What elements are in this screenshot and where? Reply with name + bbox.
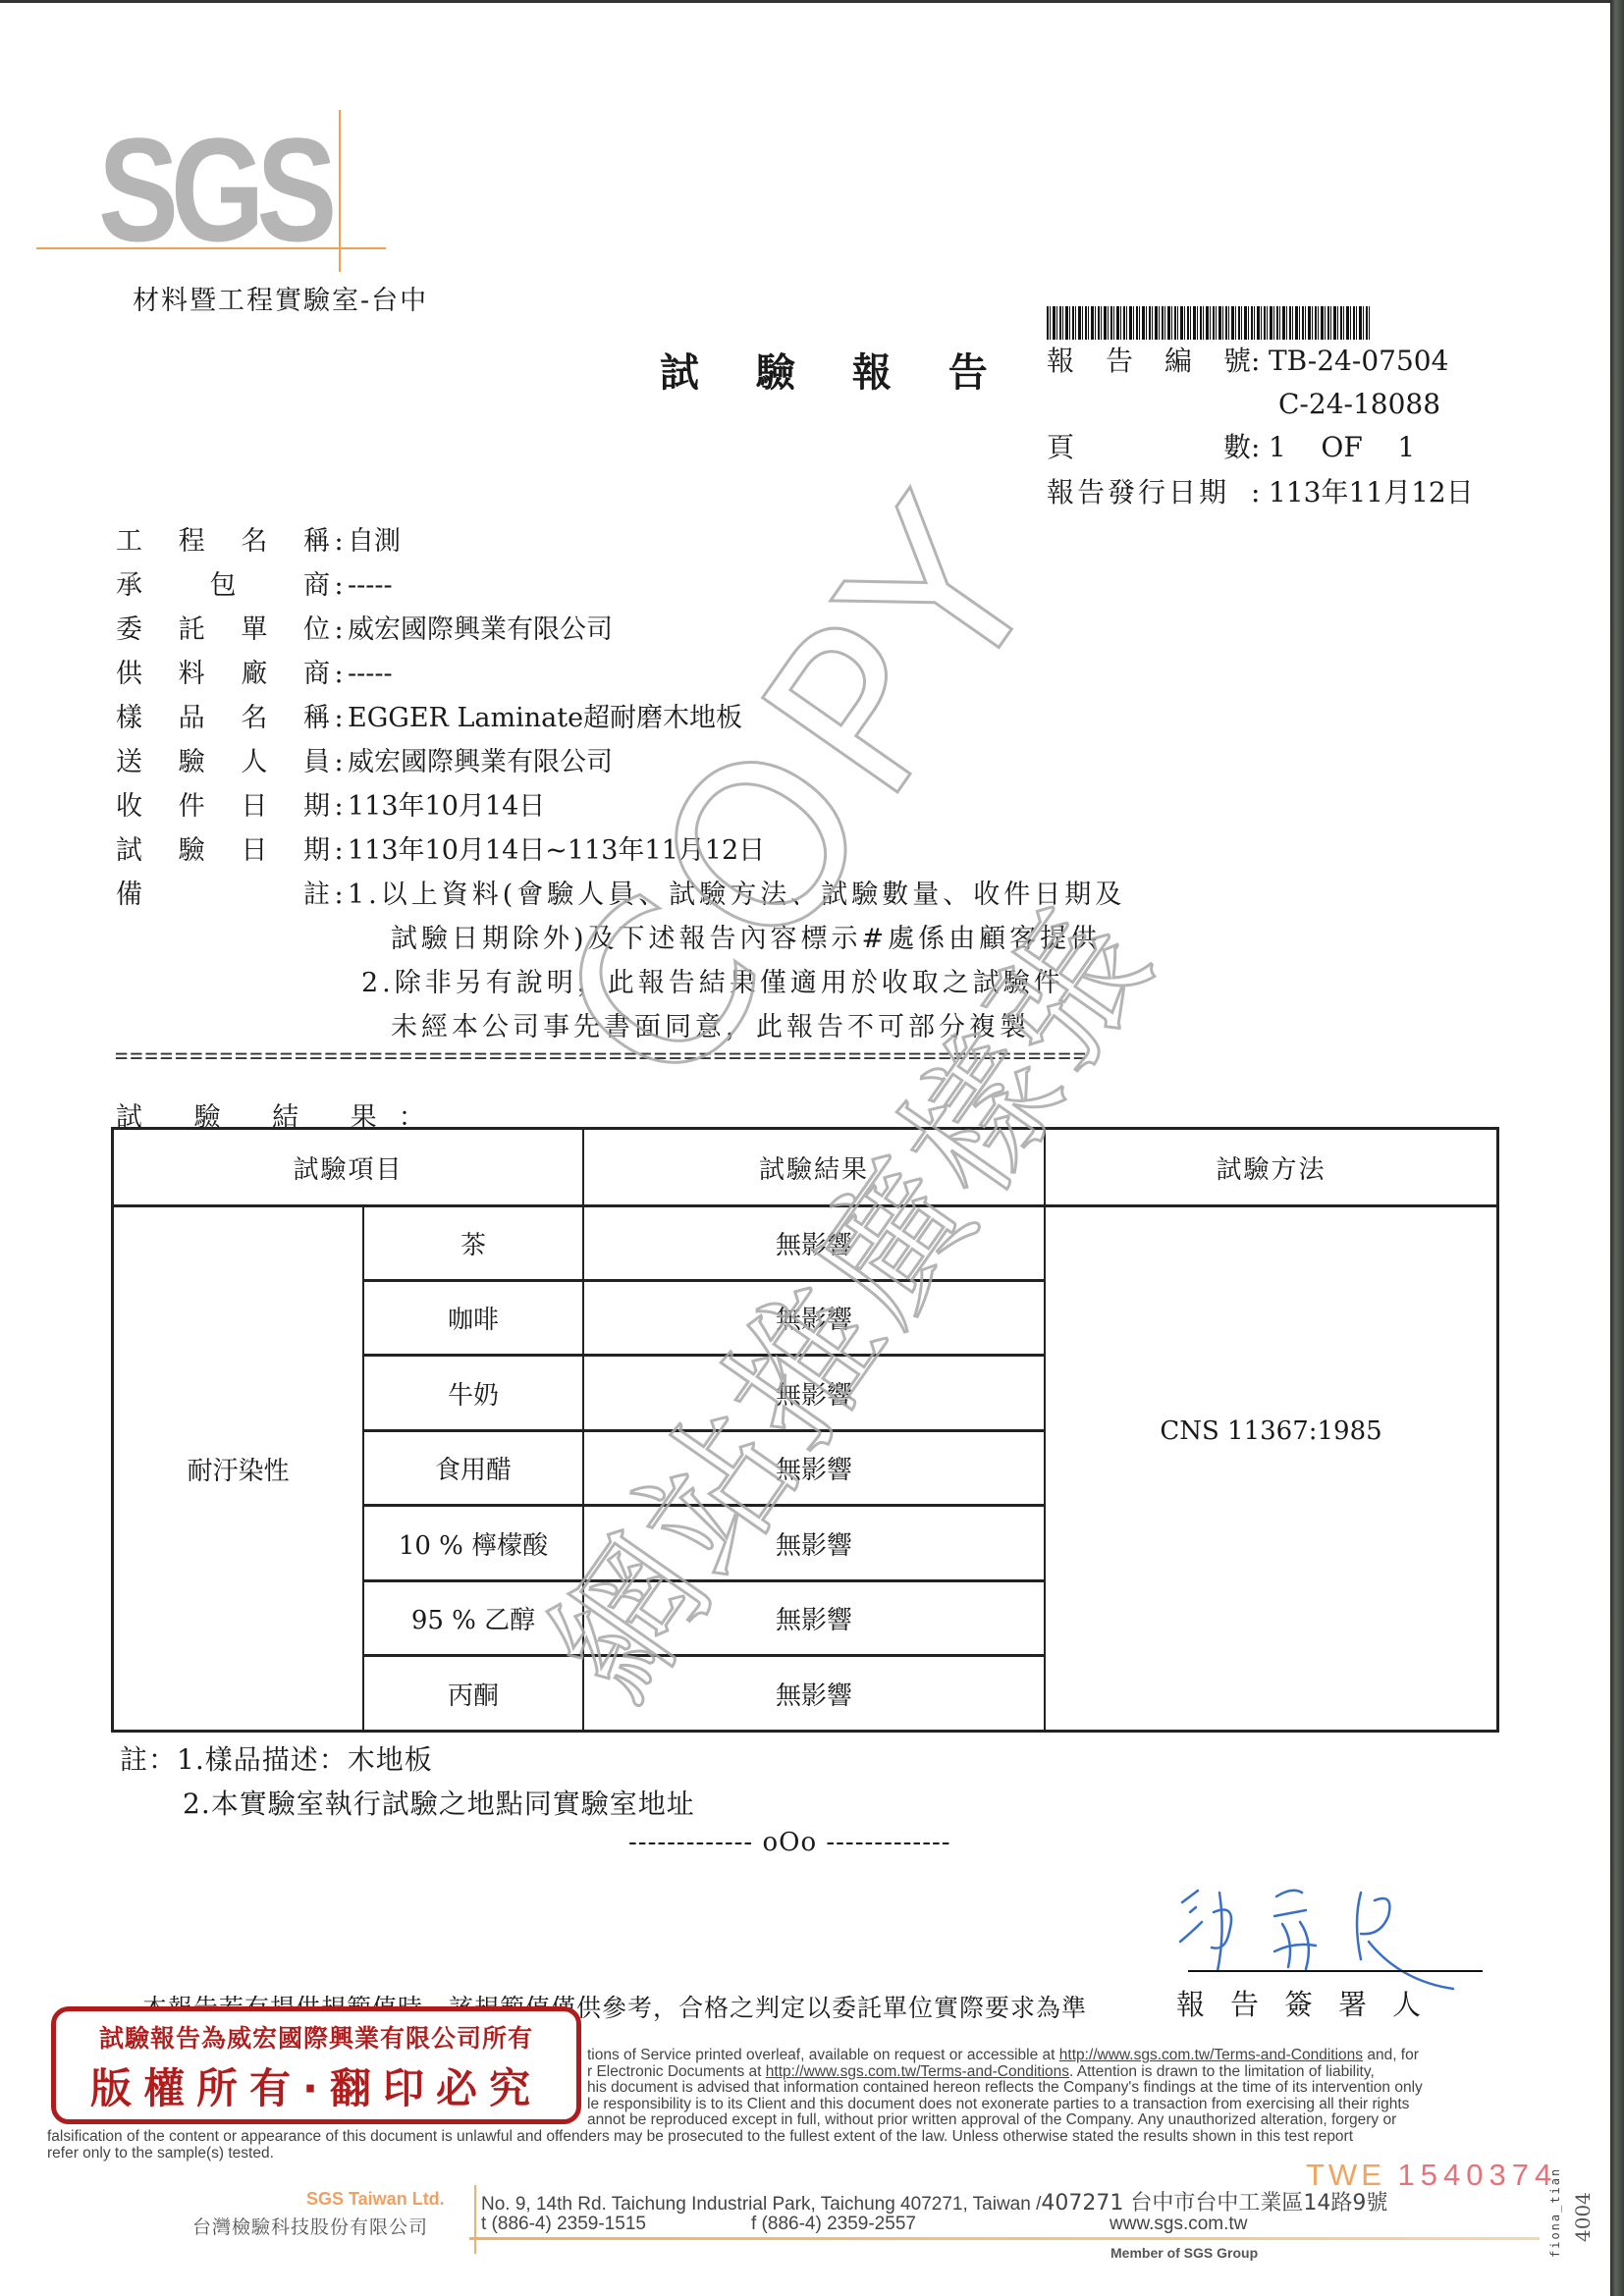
table-row-result: 無影響: [584, 1582, 1044, 1654]
stamp-ownership-text: 試驗報告為威宏國際興業有限公司所有: [56, 2019, 576, 2055]
company-phone: t (886-4) 2359-1515: [481, 2214, 646, 2235]
table-row-item: 丙酮: [364, 1657, 582, 1730]
document-title: 試 驗 報 告: [660, 342, 1009, 398]
info-row-sample-name: 樣品名稱:EGGER Laminate超耐磨木地板: [116, 705, 742, 731]
signature-line: [1188, 1970, 1483, 1972]
copyright-stamp: 試驗報告為威宏國際興業有限公司所有 版權所有·翻印必究: [51, 2006, 581, 2124]
terms-link-electronic[interactable]: http://www.sgs.com.tw/Terms-and-Conditio…: [766, 2063, 1069, 2080]
remark-line-2: 試驗日期除外)及下述報告內容標示#處係由顧客提供: [391, 926, 1101, 952]
remark-line-1: 1.以上資料(會驗人員、試驗方法、試驗數量、收件日期及: [348, 881, 1125, 908]
report-number-label: 報 告 編 號: [1047, 347, 1251, 375]
end-of-report-mark: ------------- oOo -------------: [628, 1828, 951, 1857]
table-row-result: 無影響: [584, 1282, 1044, 1354]
legal-text-tail-1: falsification of the content or appearan…: [47, 2129, 1532, 2146]
signatory-label: 報告簽署人: [1176, 1983, 1446, 2023]
table-row-item: 咖啡: [364, 1282, 582, 1354]
footnote-line-2: 2.本實驗室執行試驗之地點同實驗室地址: [183, 1790, 695, 1818]
table-row-item: 食用醋: [364, 1432, 582, 1504]
form-number: 4004: [1571, 2192, 1595, 2242]
info-row-received-date: 收件日期:113年10月14日: [116, 793, 545, 820]
info-row-client: 委託單位:威宏國際興業有限公司: [116, 616, 613, 643]
page-count-row: 頁 數 :1 OF 1: [1047, 434, 1415, 461]
barcode: [1047, 306, 1371, 340]
member-of-sgs-group: Member of SGS Group: [1110, 2245, 1258, 2261]
issue-date-label: 報告發行日期: [1047, 479, 1251, 507]
table-row-item: 牛奶: [364, 1357, 582, 1429]
table-row-result: 無影響: [584, 1657, 1044, 1730]
terms-link[interactable]: http://www.sgs.com.tw/Terms-and-Conditio…: [1059, 2047, 1363, 2063]
report-number-secondary: C-24-18088: [1278, 391, 1440, 418]
table-row-result: 無影響: [584, 1207, 1044, 1279]
footer-divider-horizontal: [469, 2237, 1540, 2240]
logo-accent-line-vertical: [339, 110, 341, 272]
column-header-test-method: 試驗方法: [1046, 1130, 1496, 1204]
company-name-zh: 台灣檢驗科技股份有限公司: [192, 2213, 428, 2239]
page-count-label: 頁 數: [1047, 434, 1251, 461]
results-table: 試驗項目 試驗結果 試驗方法 耐汙染性 CNS 11367:1985 茶 無影響…: [111, 1127, 1499, 1733]
table-row-result: 無影響: [584, 1357, 1044, 1429]
double-dashed-separator: ========================================…: [115, 1052, 1499, 1062]
scan-edge-right: [1610, 0, 1624, 2296]
info-row-test-date: 試驗日期:113年10月14日~113年11月12日: [116, 837, 765, 864]
company-fax: f (886-4) 2359-2557: [751, 2214, 916, 2235]
info-row-submitter: 送驗人員:威宏國際興業有限公司: [116, 749, 613, 775]
info-row-contractor: 承包商:-----: [116, 572, 393, 599]
column-header-test-item: 試驗項目: [114, 1130, 582, 1204]
column-header-test-result: 試驗結果: [584, 1130, 1044, 1204]
info-row-project: 工程名稱:自測: [116, 528, 401, 555]
remark-line-4: 未經本公司事先書面同意，此報告不可部分複製: [391, 1014, 1030, 1041]
legal-terms-text: tions of Service printed overleaf, avail…: [587, 2048, 1532, 2129]
issue-date-row: 報告發行日期:113年11月12日: [1047, 479, 1474, 507]
scan-edge-top: [0, 0, 1624, 3]
footer-divider-vertical: [474, 2185, 476, 2254]
method-cell: CNS 11367:1985: [1046, 1207, 1496, 1654]
category-cell: 耐汙染性: [114, 1207, 362, 1730]
table-row-item: 茶: [364, 1207, 582, 1279]
stamp-copyright-text: 版權所有·翻印必究: [56, 2056, 576, 2115]
signature-image: [1168, 1873, 1542, 1991]
remark-line-3: 2.除非另有說明，此報告結果僅適用於收取之試驗件: [361, 970, 1064, 996]
report-number-row: 報 告 編 號 :TB-24-07504: [1047, 347, 1448, 375]
table-row-item: 95 % 乙醇: [364, 1582, 582, 1654]
table-row-result: 無影響: [584, 1507, 1044, 1579]
company-website: www.sgs.com.tw: [1110, 2214, 1247, 2235]
info-row-supplier: 供料廠商:-----: [116, 661, 393, 687]
page-count: 1 OF 1: [1269, 431, 1415, 463]
remarks-row: 備註:1.以上資料(會驗人員、試驗方法、試驗數量、收件日期及: [116, 881, 1125, 908]
issue-date: 113年11月12日: [1269, 476, 1474, 508]
report-number: TB-24-07504: [1269, 345, 1448, 377]
logo-accent-line: [36, 247, 386, 249]
company-name-en: SGS Taiwan Ltd.: [306, 2189, 445, 2210]
footnote-line-1: 註：1.樣品描述：木地板: [120, 1746, 433, 1774]
table-row-result: 無影響: [584, 1432, 1044, 1504]
table-row-item: 10 % 檸檬酸: [364, 1507, 582, 1579]
sgs-logo: SGS: [98, 116, 329, 263]
lab-name: 材料暨工程實驗室-台中: [133, 279, 428, 317]
operator-code: fiona_tian: [1548, 2167, 1562, 2258]
company-address: No. 9, 14th Rd. Taichung Industrial Park…: [481, 2186, 1387, 2216]
